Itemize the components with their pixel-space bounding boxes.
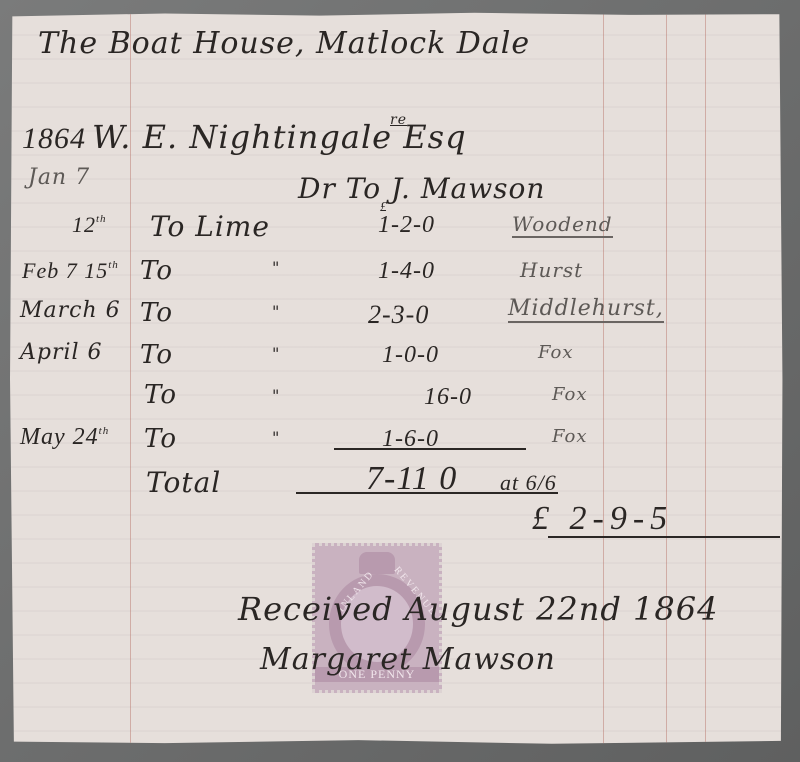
entry-note: Woodend [512,212,613,238]
grand-total-rule [548,536,780,538]
total-label: Total [146,466,221,499]
grand-total: £ 2-9-5 [532,500,673,538]
entry-date: Feb 7 15th [22,258,119,284]
entry-date: March 6 [20,298,121,323]
customer-suffix: re [390,112,407,128]
entry-amount: 1-2-0 [378,212,435,239]
header-location: The Boat House, Matlock Dale [38,26,530,61]
debtor-line: Dr To J. Mawson [298,172,545,205]
ditto-mark: " [272,302,280,321]
ditto-mark: " [272,428,280,447]
receipt-line: Received August 22nd 1864 [238,590,718,628]
total-rule [296,492,558,494]
entry-note: Fox [538,342,574,363]
ruled-column-line [666,12,667,746]
entry-note: Fox [552,384,588,405]
entry-date: 12th [72,212,107,238]
entry-item: To [144,424,177,454]
entry-item: To [144,380,177,410]
entry-item: To [140,298,173,328]
ditto-mark: " [272,386,280,405]
customer-name: W. E. Nightingale Esq [92,118,467,156]
year: 1864 [22,122,86,156]
signature: Margaret Mawson [260,642,556,677]
entry-amount: 16-0 [424,384,472,411]
entry-amount: 2-3-0 [368,300,429,330]
entry-item: To [140,256,173,286]
ditto-mark: " [272,258,280,277]
entry-amount: 1-4-0 [378,258,435,285]
entry-amount: 1-0-0 [382,342,439,369]
entry-date: Jan 7 [28,165,90,190]
subtotal-rule [334,448,526,450]
entry-item: To Lime [150,210,270,243]
entry-date: May 24th [20,424,109,451]
ditto-mark: " [272,344,280,363]
entry-note: Fox [552,426,588,447]
entry-note: Hurst [520,258,583,282]
entry-date: April 6 [20,340,103,365]
ruled-column-line [705,12,706,746]
ruled-column-line [603,12,604,746]
crown-icon [359,552,395,574]
entry-item: To [140,340,173,370]
entry-note: Middlehurst, [508,296,664,323]
